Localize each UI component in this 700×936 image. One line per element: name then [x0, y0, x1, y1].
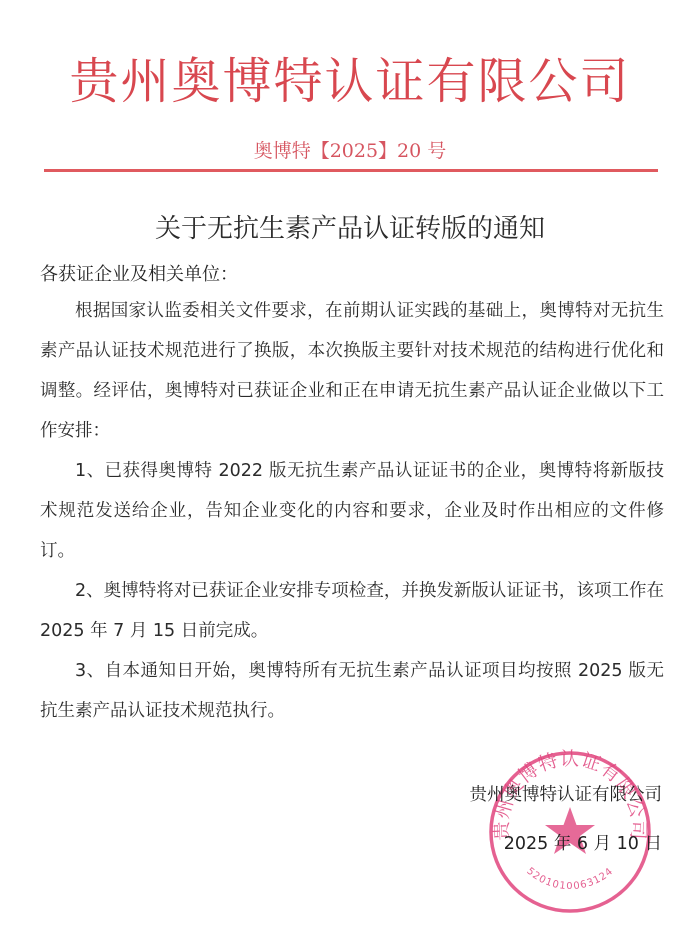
body-paragraph-item-1: 1、已获得奥博特 2022 版无抗生素产品认证证书的企业，奥博特将新版技术规范发…: [40, 451, 664, 571]
red-divider: [44, 169, 658, 172]
svg-text:5201010063124: 5201010063124: [524, 866, 615, 892]
signature-organization: 贵州奥博特认证有限公司: [470, 782, 663, 808]
salutation: 各获证企业及相关单位：: [40, 262, 238, 288]
organization-title: 贵州奥博特认证有限公司: [0, 50, 700, 114]
body-paragraph-item-2: 2、奥博特将对已获证企业安排专项检查，并换发新版认证证书，该项工作在 2025 …: [40, 571, 664, 651]
body-paragraph-item-3: 3、自本通知日开始，奥博特所有无抗生素产品认证项目均按照 2025 版无抗生素产…: [40, 651, 664, 731]
body-paragraph-intro: 根据国家认监委相关文件要求，在前期认证实践的基础上，奥博特对无抗生素产品认证技术…: [40, 291, 664, 451]
signature-date: 2025 年 6 月 10 日: [504, 831, 662, 857]
notice-body: 根据国家认监委相关文件要求，在前期认证实践的基础上，奥博特对无抗生素产品认证技术…: [40, 291, 664, 731]
notice-title: 关于无抗生素产品认证转版的通知: [0, 210, 700, 248]
document-number: 奥博特【2025】20 号: [0, 138, 700, 164]
seal-code: 5201010063124: [524, 866, 615, 892]
